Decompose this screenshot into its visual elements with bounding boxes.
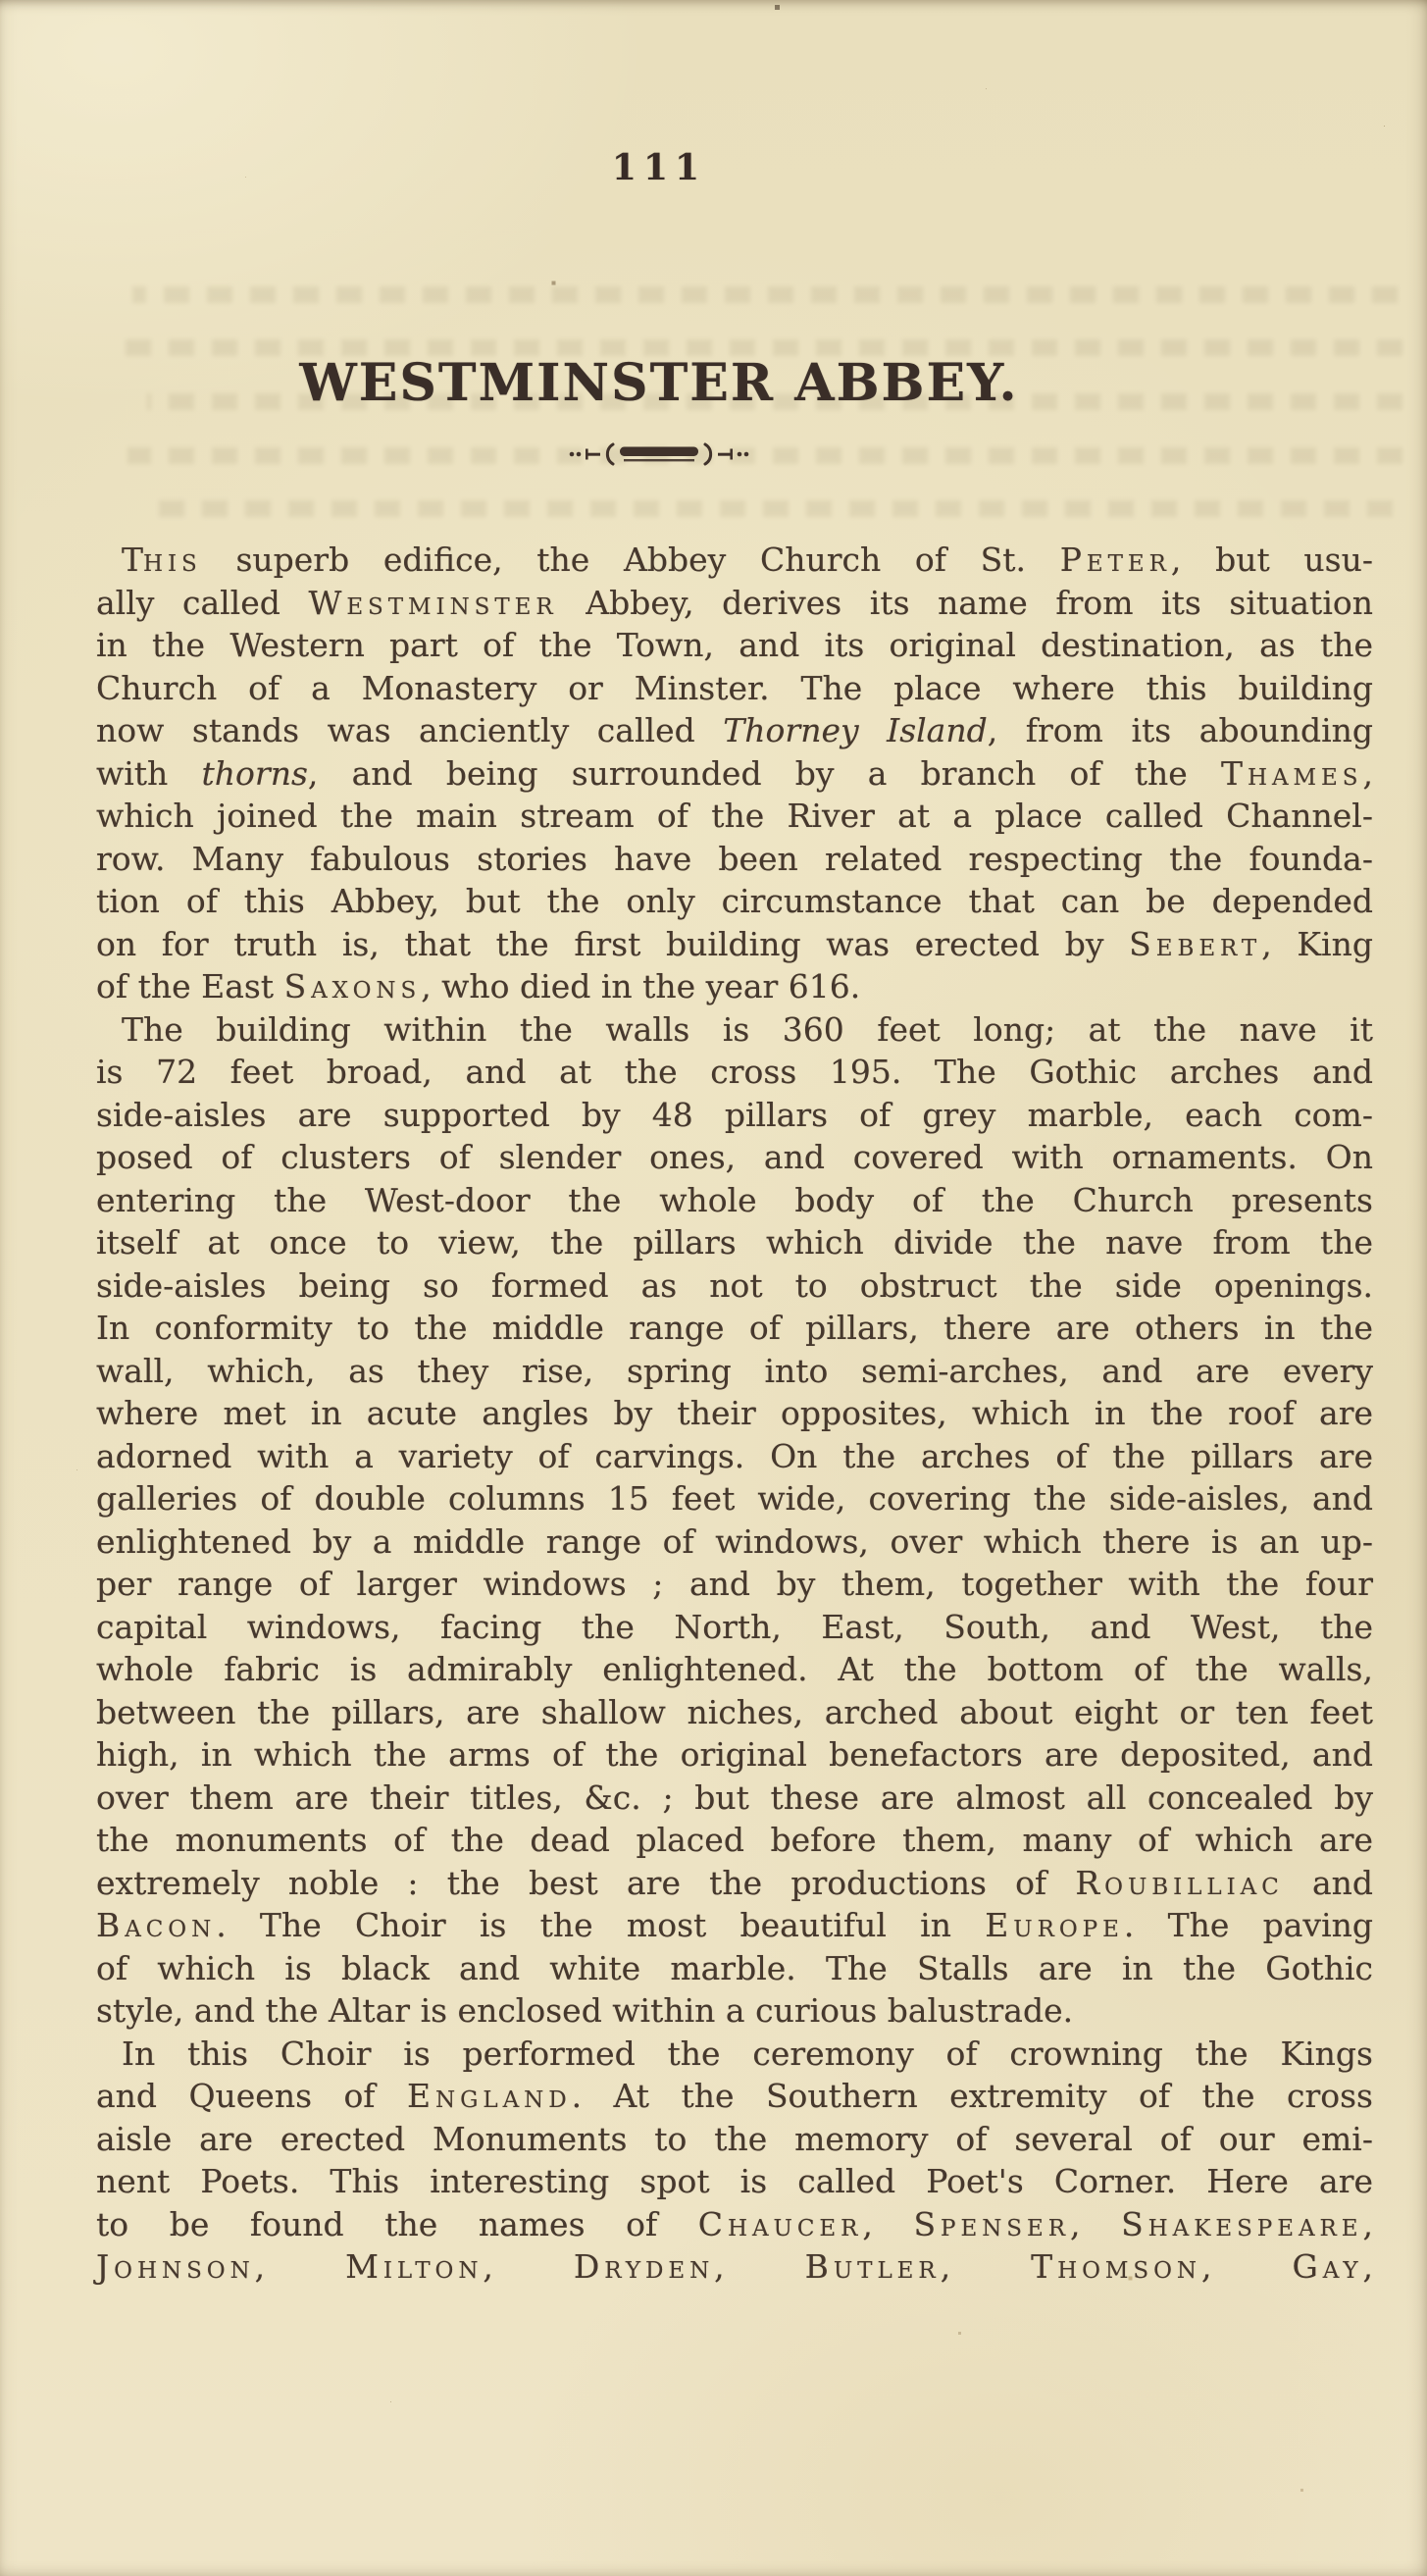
paragraph: The building within the walls is 360 fee… [96,1008,1373,2033]
show-through-smudge [157,500,1393,517]
text-line: galleries of double columns 15 feet wide… [96,1477,1373,1520]
text-run: thorns [202,754,308,793]
text-line: wall, which, as they rise, spring into s… [96,1350,1373,1393]
text-run: The building within the walls is 360 fee… [122,1010,1373,1049]
text-run: galleries of double columns 15 feet wide… [96,1479,1373,1518]
text-run: , [714,2247,804,2286]
text-run: Gay [1292,2247,1362,2286]
text-run: , [1363,2247,1374,2286]
text-run: which joined the main stream of the Rive… [96,797,1373,835]
text-run: and Queens of [96,2077,407,2115]
text-line: with thorns, and being surrounded by a b… [96,752,1373,796]
text-run: on for truth is, that the first building… [96,925,1129,963]
text-run: , [483,2247,573,2286]
page-title: WESTMINSTER ABBEY. [0,353,1318,413]
text-run: posed of clusters of slender ones, and c… [96,1138,1373,1176]
text-run: Spenser [913,2205,1070,2243]
section-divider [0,440,1318,472]
text-run: In conformity to the middle range of pil… [96,1309,1373,1347]
text-line: in the Western part of the Town, and its… [96,624,1373,667]
text-run: extremely noble : the best are the produ… [96,1864,1075,1902]
text-run: and [1284,1864,1373,1902]
text-run: capital windows, facing the North, East,… [96,1608,1373,1646]
text-run: Saxons [284,967,422,1005]
text-run: between the pillars, are shallow niches,… [96,1693,1373,1731]
text-run: Dryden [574,2247,714,2286]
show-through-smudge [132,286,1398,303]
text-run: Peter [1060,541,1171,579]
text-line: row. Many fabulous stories have been rel… [96,838,1373,881]
text-run: style, and the Altar is enclosed within … [96,1991,1073,2030]
text-line: side-aisles are supported by 48 pillars … [96,1094,1373,1137]
text-run: , and being surrounded by a branch of th… [308,754,1221,793]
text-line: ally called Westminster Abbey, derives i… [96,582,1373,625]
text-line: In this Choir is performed the ceremony … [96,2033,1373,2076]
text-line: over them are their titles, &c. ; but th… [96,1777,1373,1820]
text-run: . At the Southern extremity of the cross [572,2077,1373,2115]
text-line: where met in acute angles by their oppos… [96,1392,1373,1435]
text-run: , [255,2247,345,2286]
body-text: This superb edifice, the Abbey Church of… [96,539,1373,2289]
text-run: , who died in the year 616. [421,967,860,1005]
text-run: , from its abounding [988,711,1373,749]
text-line: posed of clusters of slender ones, and c… [96,1136,1373,1179]
text-run: tion of this Abbey, but the only circums… [96,882,1373,920]
text-run: Thames [1221,754,1362,793]
text-run: . The paving [1124,1906,1373,1944]
text-run: whole fabric is admirably enlightened. A… [96,1650,1373,1688]
text-line: tion of this Abbey, but the only circums… [96,880,1373,923]
text-run: Shakespeare [1121,2205,1362,2243]
text-run: Westminster [308,584,557,622]
text-line: Johnson, Milton, Dryden, Butler, Thomson… [96,2245,1373,2289]
text-run: Bacon [96,1906,216,1944]
text-run: Johnson [96,2247,255,2286]
text-run: row. Many fabulous stories have been rel… [96,840,1373,878]
text-line: entering the West-door the whole body of… [96,1179,1373,1222]
text-line: of which is black and white marble. The … [96,1947,1373,1990]
text-line: of the East Saxons, who died in the year… [96,965,1373,1008]
text-run: to be found the names of [96,2205,698,2243]
text-line: itself at once to view, the pillars whic… [96,1221,1373,1264]
text-line: This superb edifice, the Abbey Church of… [96,539,1373,582]
text-run: where met in acute angles by their oppos… [96,1394,1373,1432]
text-line: which joined the main stream of the Rive… [96,795,1373,838]
paragraph: This superb edifice, the Abbey Church of… [96,539,1373,1008]
text-line: nent Poets. This interesting spot is cal… [96,2160,1373,2203]
text-run: Chaucer [698,2205,863,2243]
text-run: with [96,754,202,793]
text-run: wall, which, as they rise, spring into s… [96,1352,1373,1390]
text-run: enlightened by a middle range of windows… [96,1522,1373,1561]
text-line: is 72 feet broad, and at the cross 195. … [96,1051,1373,1094]
text-run: side-aisles are supported by 48 pillars … [96,1096,1373,1134]
text-line: extremely noble : the best are the produ… [96,1862,1373,1905]
text-line: and Queens of England. At the Southern e… [96,2075,1373,2118]
scanned-book-page: 111 WESTMINSTER ABBEY. This superb edifi… [0,0,1427,2576]
text-run: side-aisles being so formed as not to ob… [96,1266,1373,1305]
text-run: over them are their titles, &c. ; but th… [96,1778,1373,1817]
text-line: to be found the names of Chaucer, Spense… [96,2203,1373,2246]
text-run: aisle are erected Monuments to the memor… [96,2120,1373,2158]
text-run: Milton [345,2247,483,2286]
text-line: now stands was anciently called Thorney … [96,709,1373,752]
text-line: Church of a Monastery or Minster. The pl… [96,667,1373,710]
text-line: high, in which the arms of the original … [96,1733,1373,1777]
text-line: adorned with a variety of carvings. On t… [96,1435,1373,1478]
text-run: superb edifice, the Abbey Church of St. [202,541,1060,579]
text-line: Bacon. The Choir is the most beautiful i… [96,1904,1373,1947]
text-line: per range of larger windows ; and by the… [96,1563,1373,1606]
text-run: , [1070,2205,1121,2243]
text-run: , [862,2205,913,2243]
text-run: , but usu- [1171,541,1373,579]
text-run: Thomson [1031,2247,1201,2286]
text-run: England [407,2077,572,2115]
text-run: Abbey, derives its name from its situati… [558,584,1373,622]
text-run: adorned with a variety of carvings. On t… [96,1437,1373,1475]
text-run: is 72 feet broad, and at the cross 195. … [96,1053,1373,1091]
text-run: his [143,541,202,579]
paper-specks [0,0,1,1]
text-run: now stands was anciently called [96,711,723,749]
text-line: The building within the walls is 360 fee… [96,1008,1373,1052]
page-number: 111 [0,147,1318,188]
text-run: Church of a Monastery or Minster. The pl… [96,669,1373,707]
text-run: , [1363,754,1374,793]
text-line: side-aisles being so formed as not to ob… [96,1264,1373,1308]
text-run: per range of larger windows ; and by the… [96,1565,1373,1603]
text-run: high, in which the arms of the original … [96,1735,1373,1774]
text-run: in the Western part of the Town, and its… [96,626,1373,664]
text-run: In this Choir is performed the ceremony … [122,2035,1373,2073]
text-run: entering the West-door the whole body of… [96,1181,1373,1219]
text-run: of which is black and white marble. The … [96,1949,1373,1987]
text-line: In conformity to the middle range of pil… [96,1307,1373,1350]
text-run: Butler [805,2247,941,2286]
text-run: Europe [985,1906,1124,1944]
text-run: Sebert [1129,925,1261,963]
text-run: . The Choir is the most beautiful in [216,1906,985,1944]
paragraph: In this Choir is performed the ceremony … [96,2033,1373,2289]
text-run: ally called [96,584,308,622]
text-line: aisle are erected Monuments to the memor… [96,2118,1373,2161]
text-run: T [122,541,143,579]
text-run: , [1363,2205,1374,2243]
text-line: between the pillars, are shallow niches,… [96,1691,1373,1734]
text-line: capital windows, facing the North, East,… [96,1606,1373,1649]
text-line: style, and the Altar is enclosed within … [96,1989,1373,2033]
text-run: of the East [96,967,284,1005]
text-line: the monuments of the dead placed before … [96,1819,1373,1862]
text-run: Roubilliac [1075,1864,1283,1902]
text-run: , [1201,2247,1292,2286]
text-run: Thorney Island [723,711,987,749]
text-line: whole fabric is admirably enlightened. A… [96,1648,1373,1691]
text-line: enlightened by a middle range of windows… [96,1520,1373,1564]
text-run: the monuments of the dead placed before … [96,1821,1373,1859]
text-run: itself at once to view, the pillars whic… [96,1223,1373,1262]
text-line: on for truth is, that the first building… [96,923,1373,966]
text-run: nent Poets. This interesting spot is cal… [96,2162,1373,2200]
scroll-rule-divider-icon [566,440,752,468]
text-run: , [941,2247,1031,2286]
text-run: , King [1261,925,1373,963]
